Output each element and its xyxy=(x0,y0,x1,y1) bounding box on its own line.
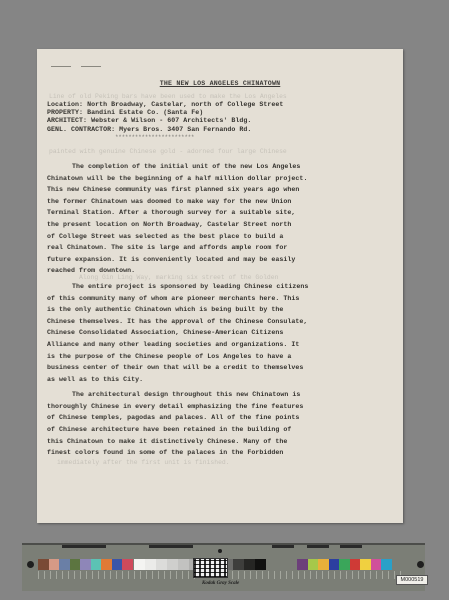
color-swatch xyxy=(167,559,178,570)
color-swatch xyxy=(318,559,329,570)
registration-dot xyxy=(417,561,424,568)
color-swatch xyxy=(308,559,319,570)
color-swatch xyxy=(156,559,167,570)
color-swatch xyxy=(255,559,266,570)
color-swatch xyxy=(49,559,60,570)
color-swatch xyxy=(70,559,81,570)
ruler-ticks xyxy=(38,571,198,579)
document-title: THE NEW LOS ANGELES CHINATOWN xyxy=(37,80,403,87)
header-architect: ARCHITECT: Webster & Wilson - 607 Archit… xyxy=(47,117,283,125)
strip-bar xyxy=(307,545,329,548)
document-page: THE NEW LOS ANGELES CHINATOWN Line of ol… xyxy=(37,49,403,523)
color-swatch xyxy=(91,559,102,570)
ruler-ticks xyxy=(232,571,402,579)
header-contractor: GENL. CONTRACTOR: Myers Bros. 3407 San F… xyxy=(47,126,283,134)
header-property: PROPERTY: Bandini Estate Co. (Santa Fe) xyxy=(47,109,283,117)
color-swatch xyxy=(360,559,371,570)
header-location: Location: North Broadway, Castelar, nort… xyxy=(47,101,283,109)
color-swatch xyxy=(80,559,91,570)
color-swatch xyxy=(297,559,308,570)
qr-code xyxy=(193,558,228,578)
color-swatch xyxy=(244,559,255,570)
bleedthrough-text: Line of old Peking bars have been used t… xyxy=(49,93,287,100)
color-swatch xyxy=(38,559,49,570)
color-calibration-strip: Kodak Gray Scale M000519 xyxy=(22,543,425,591)
color-swatches-right xyxy=(297,559,392,570)
color-swatch xyxy=(329,559,340,570)
color-swatch xyxy=(233,559,244,570)
color-swatch xyxy=(371,559,382,570)
paragraph-3: The architectural design throughout this… xyxy=(47,389,393,459)
color-swatch xyxy=(145,559,156,570)
color-swatches xyxy=(38,559,133,570)
color-swatch xyxy=(339,559,350,570)
color-swatch xyxy=(134,559,145,570)
registration-dot xyxy=(218,549,222,553)
color-swatch xyxy=(101,559,112,570)
strip-bar xyxy=(272,545,294,548)
color-swatch xyxy=(178,559,189,570)
strip-bar xyxy=(62,545,106,548)
paragraph-2: The entire project is sponsored by leadi… xyxy=(47,281,393,385)
strip-bar xyxy=(149,545,193,548)
document-body: The completion of the initial unit of th… xyxy=(47,161,393,459)
separator-line: ************************ xyxy=(115,134,283,141)
color-swatch xyxy=(381,559,392,570)
document-header-fields: Location: North Broadway, Castelar, nort… xyxy=(47,101,283,141)
bleedthrough-text: painted with genuine Chinese gold - ador… xyxy=(49,148,287,155)
brand-label: Kodak Gray Scale xyxy=(202,581,239,586)
color-swatch xyxy=(350,559,361,570)
item-id-label: M000519 xyxy=(396,575,428,585)
color-swatch xyxy=(59,559,70,570)
color-swatch xyxy=(112,559,123,570)
color-swatch xyxy=(122,559,133,570)
strip-bar xyxy=(340,545,362,548)
paragraph-1: The completion of the initial unit of th… xyxy=(47,161,393,277)
registration-dot xyxy=(27,561,34,568)
